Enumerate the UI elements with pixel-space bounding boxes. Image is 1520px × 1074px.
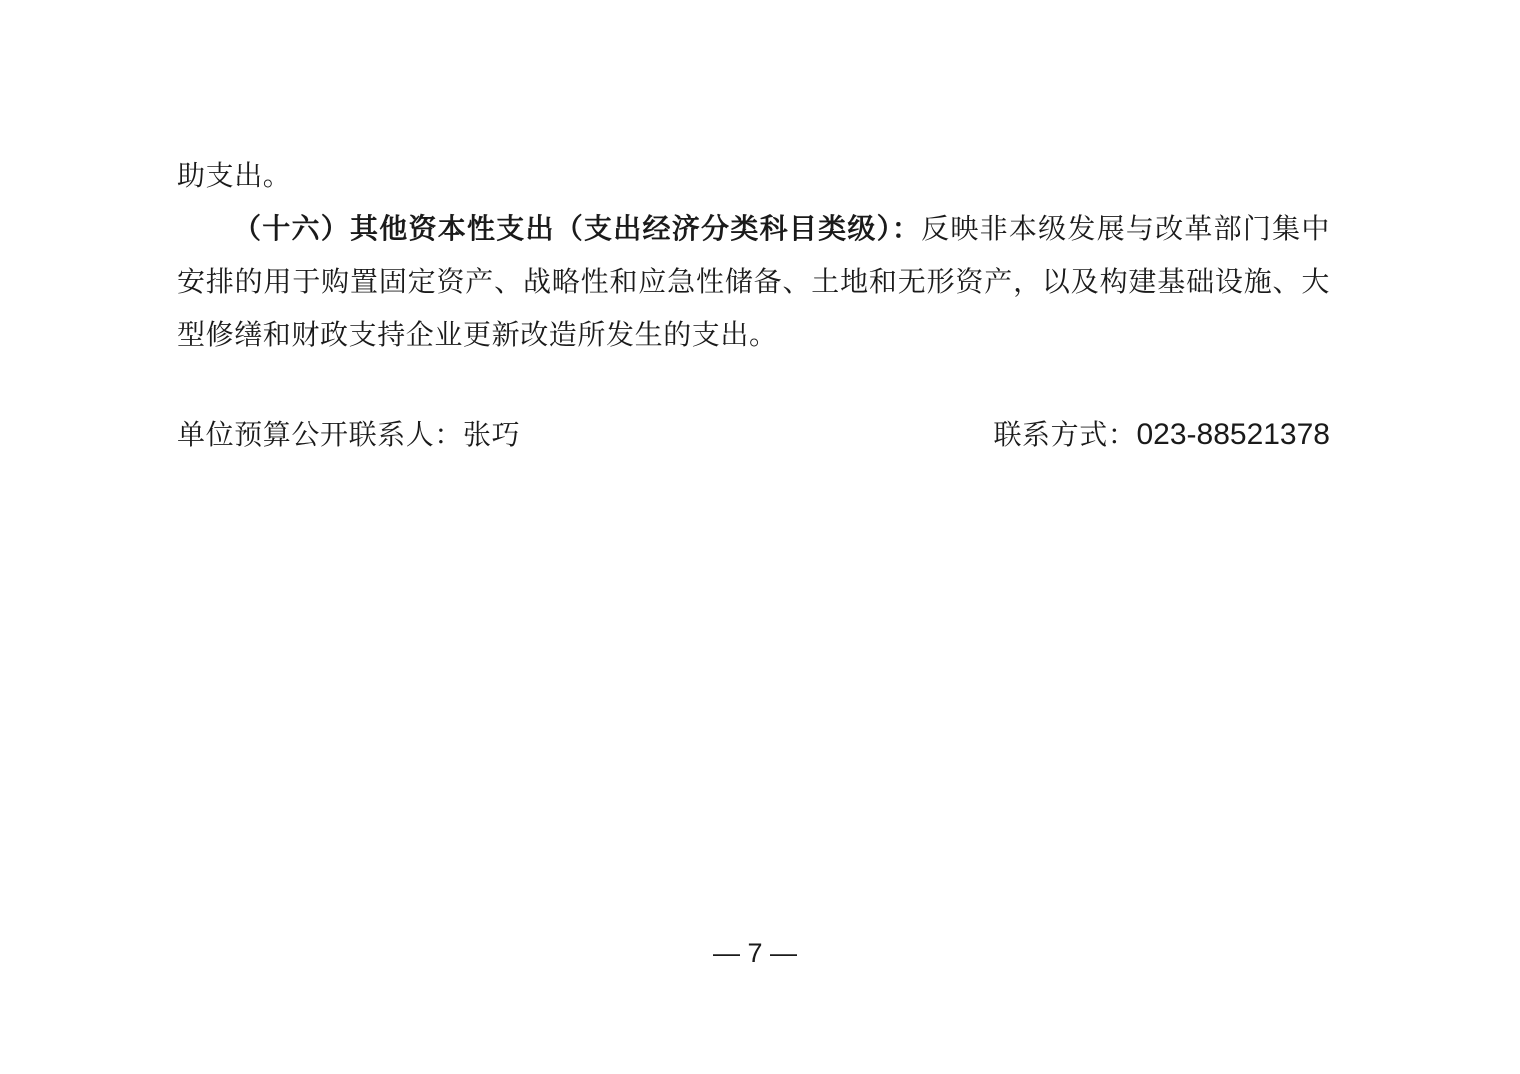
page-number: — 7 — (0, 933, 1510, 973)
contact-row: 单位预算公开联系人：张巧 联系方式：023-88521378 (177, 408, 1330, 462)
contact-method: 联系方式：023-88521378 (993, 408, 1330, 462)
document-page: 助支出。 （十六）其他资本性支出（支出经济分类科目类级）：反映非本级发展与改革部… (0, 0, 1520, 1074)
document-body: 助支出。 （十六）其他资本性支出（支出经济分类科目类级）：反映非本级发展与改革部… (177, 150, 1330, 462)
contact-person: 单位预算公开联系人：张巧 (177, 409, 520, 462)
paragraph-continuation-line: 助支出。 (177, 150, 1330, 203)
paragraph-item-16-heading: （十六）其他资本性支出（支出经济分类科目类级）： (233, 214, 921, 245)
contact-person-label: 单位预算公开联系人： (177, 420, 463, 451)
contact-method-label: 联系方式： (993, 420, 1136, 451)
contact-person-name: 张巧 (463, 420, 520, 451)
paragraph-item-16: （十六）其他资本性支出（支出经济分类科目类级）：反映非本级发展与改革部门集中安排… (177, 203, 1330, 362)
contact-phone-number: 023-88521378 (1136, 418, 1330, 451)
